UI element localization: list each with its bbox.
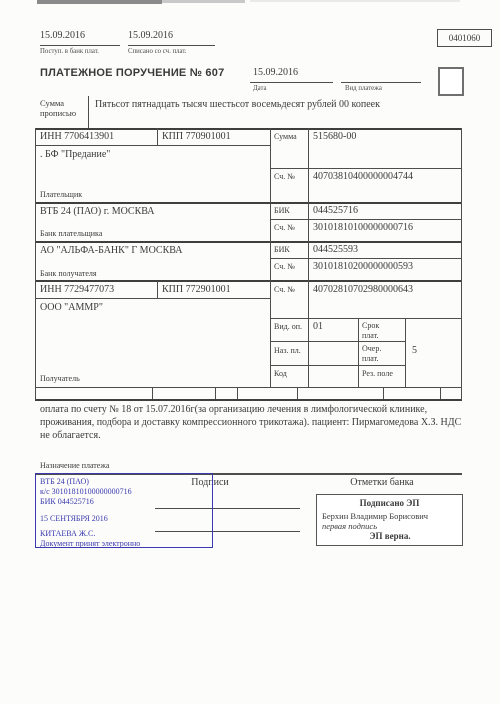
payee-account-label: Сч. №: [274, 285, 295, 295]
accept-stamp-bank: ВТБ 24 (ПАО): [40, 477, 89, 487]
term-label: Срок плат.: [362, 321, 394, 340]
payee-kpp: КПП 772901001: [162, 284, 231, 296]
payer-account-label: Сч. №: [274, 172, 295, 182]
accept-stamp-date: 15 СЕНТЯБРЯ 2016: [40, 514, 108, 524]
grid-line: [35, 145, 270, 146]
underline: [40, 45, 120, 46]
underline: [250, 82, 333, 83]
payee-bank-section-label: Банк получателя: [40, 269, 97, 279]
amount-in-words-value: Пятьсот пятнадцать тысяч шестьсот восемь…: [95, 99, 455, 111]
res-field-label: Рез. поле: [362, 369, 406, 379]
document-title: ПЛАТЕЖНОЕ ПОРУЧЕНИЕ № 607: [40, 67, 224, 79]
grid-line: [270, 219, 462, 220]
payee-bank-account-value: 30101810200000000593: [313, 261, 413, 273]
debited-date: 15.09.2016: [128, 30, 173, 42]
payer-bank-bik-value: 044525716: [313, 205, 358, 217]
grid-line: [35, 202, 462, 204]
sum-value: 515680-00: [313, 131, 356, 143]
payer-account-value: 40703810400000004744: [313, 171, 413, 183]
grid-line: [308, 128, 309, 387]
grid-line: [35, 241, 462, 243]
payee-account-value: 40702810702980000643: [313, 284, 413, 296]
document-date: 15.09.2016: [253, 67, 298, 79]
purpose-label: Назначение платежа: [40, 461, 109, 471]
grid-line: [35, 280, 462, 282]
grid-line: [35, 128, 462, 130]
grid-line: [88, 96, 89, 128]
ep-stamp-signer-name: Берхин Владимир Борисович: [322, 511, 428, 521]
order-label: Очер. плат.: [362, 344, 394, 363]
grid-line: [461, 128, 462, 400]
underline: [128, 45, 215, 46]
op-type-label: Вид. оп.: [274, 322, 302, 332]
debited-label: Списано со сч. плат.: [128, 48, 187, 56]
payer-inn: ИНН 7706413901: [40, 131, 114, 143]
payee-section-label: Получатель: [40, 374, 80, 384]
pay-name-label: Наз. пл.: [274, 346, 301, 356]
payee-inn: ИНН 7729477073: [40, 284, 114, 296]
payer-bank-account-label: Сч. №: [274, 223, 295, 233]
grid-line: [270, 168, 462, 169]
grid-line: [297, 387, 298, 399]
grid-line: [237, 387, 238, 399]
accept-stamp-operator: КИТАЕВА Ж.С.: [40, 529, 95, 539]
payer-bank-section-label: Банк плательщика: [40, 229, 102, 239]
code-label: Код: [274, 369, 287, 379]
scan-artifact: [37, 0, 162, 4]
order-value: 5: [412, 345, 417, 357]
received-in-bank-label: Поступ. в банк плат.: [40, 48, 99, 56]
grid-line: [270, 318, 462, 319]
payer-bank-account-value: 30101810100000000716: [313, 222, 413, 234]
payee-bank-bik-label: БИК: [274, 245, 290, 255]
accept-stamp-corr-account: к/с 30101810100000000716: [40, 487, 132, 497]
ep-stamp-title: Подписано ЭП: [316, 498, 463, 509]
ep-stamp-verified: ЭП верна.: [330, 531, 450, 542]
grid-line: [35, 399, 462, 401]
payer-bank-bik-label: БИК: [274, 206, 290, 216]
scan-artifact: [162, 0, 245, 3]
date-label: Дата: [253, 85, 267, 93]
payer-bank-name: ВТБ 24 (ПАО) г. МОСКВА: [40, 206, 155, 218]
grid-line: [270, 341, 405, 342]
grid-line: [215, 387, 216, 399]
payer-name: . БФ "Предание": [40, 149, 110, 161]
payee-name: ООО "АММР": [40, 302, 103, 314]
form-code-box: 0401060: [437, 29, 492, 47]
accept-stamp-bik: БИК 044525716: [40, 497, 94, 507]
grid-line: [157, 128, 158, 145]
payee-bank-name: АО "АЛЬФА-БАНК" Г МОСКВА: [40, 245, 183, 257]
purpose-text: оплата по счету № 18 от 15.07.2016г(за о…: [40, 403, 468, 442]
payer-kpp: КПП 770901001: [162, 131, 231, 143]
grid-line: [270, 128, 271, 387]
sum-label: Сумма: [274, 132, 297, 142]
payee-bank-account-label: Сч. №: [274, 262, 295, 272]
payment-order-document: 15.09.2016 Поступ. в банк плат. 15.09.20…: [0, 0, 500, 704]
bank-marks-label: Отметки банка: [300, 477, 464, 489]
amount-in-words-label: Сумма прописью: [40, 98, 86, 118]
grid-line: [270, 258, 462, 259]
grid-line: [383, 387, 384, 399]
grid-line: [440, 387, 441, 399]
grid-line: [270, 365, 405, 366]
underline: [341, 82, 421, 83]
grid-line: [157, 281, 158, 298]
ep-stamp-sign-type: первая подпись: [322, 521, 377, 531]
grid-line: [358, 318, 359, 387]
grid-line: [152, 387, 153, 399]
payer-section-label: Плательщик: [40, 190, 82, 200]
scan-artifact: [250, 0, 460, 2]
grid-line: [35, 298, 270, 299]
payment-type-checkbox: [438, 67, 464, 96]
grid-line: [35, 128, 36, 400]
payee-bank-bik-value: 044525593: [313, 244, 358, 256]
grid-line: [35, 387, 462, 388]
accept-stamp-note: Документ принят электронно: [40, 539, 140, 549]
received-in-bank-date: 15.09.2016: [40, 30, 85, 42]
payment-kind-label: Вид платежа: [345, 85, 382, 93]
op-type-value: 01: [313, 321, 323, 333]
